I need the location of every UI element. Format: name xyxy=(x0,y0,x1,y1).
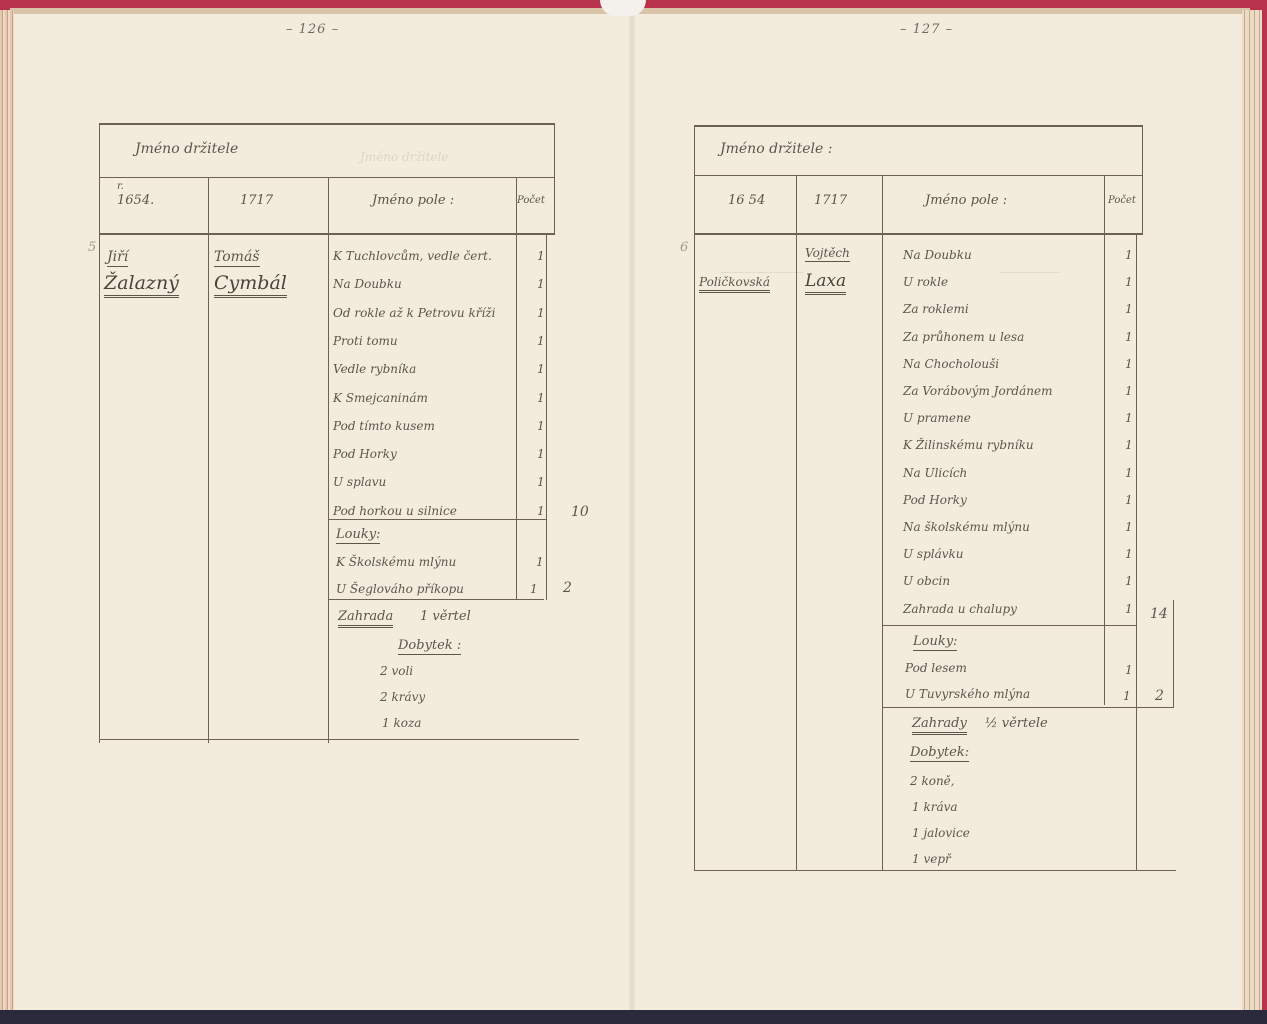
meadow-item: U Tuvyrského mlýna xyxy=(905,687,1030,701)
field-count: 1 xyxy=(1125,438,1133,452)
field-name: U splávku xyxy=(903,547,964,561)
field-name: Za průhonem u lesa xyxy=(903,330,1024,344)
field-count: 1 xyxy=(1125,275,1133,289)
meadow-count: 1 xyxy=(1123,689,1131,703)
holder-1717-first-name: Vojtěch xyxy=(805,246,850,262)
meadows-total: 2 xyxy=(1155,688,1164,704)
book-binding-bottom xyxy=(0,1010,1267,1024)
column-header-1717: 1717 xyxy=(814,193,847,208)
field-name: U obcin xyxy=(903,574,950,588)
garden-value: ½ věrtele xyxy=(985,716,1048,731)
field-name: K Žilinskému rybníku xyxy=(903,438,1034,452)
meadow-count: 1 xyxy=(1125,663,1133,677)
column-header-count: Počet xyxy=(1108,195,1136,206)
livestock-item: 1 kráva xyxy=(912,800,958,814)
field-count: 1 xyxy=(1125,248,1133,262)
column-header-1654: 16 54 xyxy=(728,193,765,208)
fields-total: 14 xyxy=(1150,606,1168,622)
field-name: U rokle xyxy=(903,275,948,289)
field-count: 1 xyxy=(1125,547,1133,561)
field-name: Za Vorábovým Jordánem xyxy=(903,384,1052,398)
ledger-table-right: Jméno držitele : 16 54 1717 Jméno pole :… xyxy=(0,0,1267,1000)
field-name: U pramene xyxy=(903,411,971,425)
livestock-item: 2 koně, xyxy=(910,774,955,788)
field-name: Pod Horky xyxy=(903,493,967,507)
field-count: 1 xyxy=(1125,411,1133,425)
meadow-item: Pod lesem xyxy=(905,661,967,675)
field-name: Na Ulicích xyxy=(903,466,967,480)
column-header-field-name: Jméno pole : xyxy=(925,193,1007,208)
field-count: 1 xyxy=(1125,493,1133,507)
field-count: 1 xyxy=(1125,574,1133,588)
livestock-item: 1 jalovice xyxy=(912,826,970,840)
livestock-item: 1 vepř xyxy=(912,852,951,866)
field-count: 1 xyxy=(1125,602,1133,616)
field-name: Na Chocholouši xyxy=(903,357,999,371)
holder-label: Jméno držitele : xyxy=(720,141,832,157)
garden-label: Zahrady xyxy=(912,716,967,735)
field-name: Za roklemi xyxy=(903,302,969,316)
livestock-label: Dobytek: xyxy=(910,745,969,762)
holder-1717-surname: Laxa xyxy=(805,271,846,295)
holder-1654-surname: Poličkovská xyxy=(699,275,770,293)
field-count: 1 xyxy=(1125,302,1133,316)
field-count: 1 xyxy=(1125,330,1133,344)
margin-number: 6 xyxy=(680,240,688,255)
field-count: 1 xyxy=(1125,466,1133,480)
field-name: Na Doubku xyxy=(903,248,972,262)
field-count: 1 xyxy=(1125,384,1133,398)
field-count: 1 xyxy=(1125,357,1133,371)
field-name: Na školskému mlýnu xyxy=(903,520,1030,534)
meadows-label: Louky: xyxy=(913,634,957,651)
field-name: Zahrada u chalupy xyxy=(903,602,1017,616)
field-count: 1 xyxy=(1125,520,1133,534)
